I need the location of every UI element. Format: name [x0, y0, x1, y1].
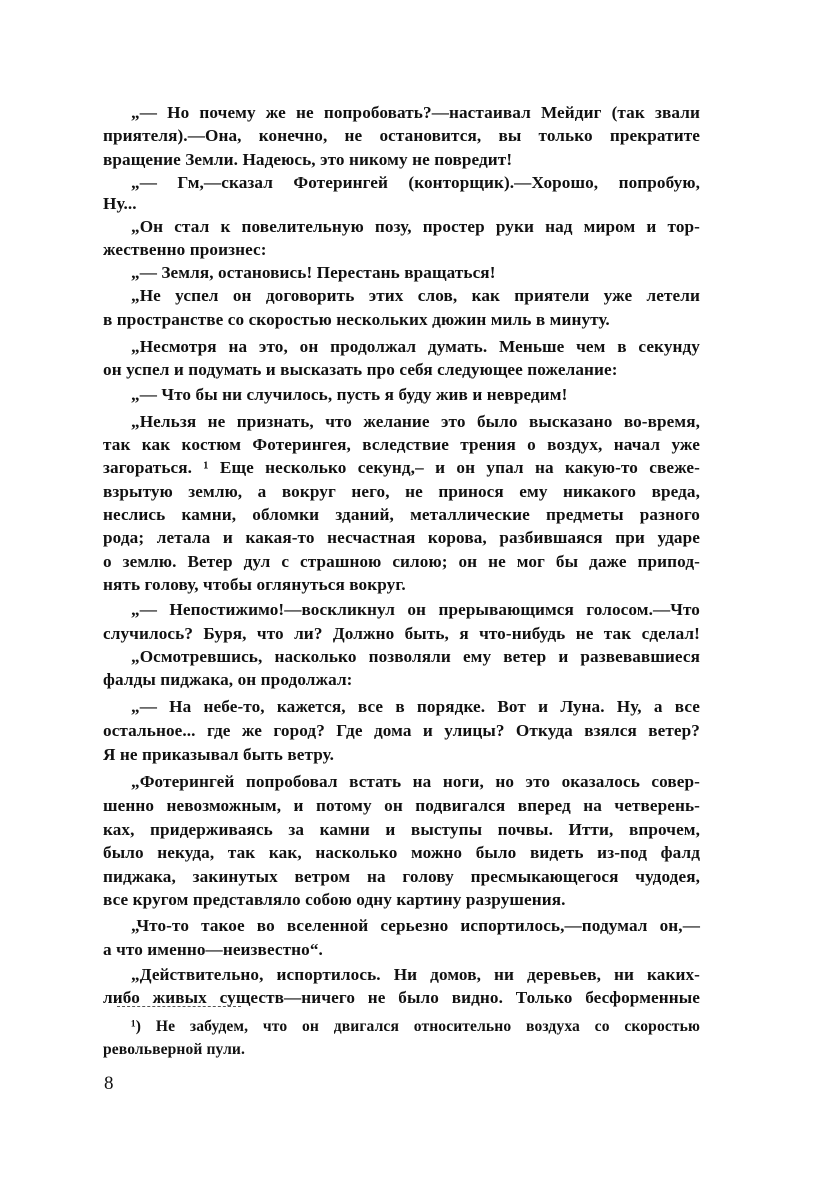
- text-line: ках, придерживаясь за камни и выступы по…: [103, 819, 700, 841]
- text-line: „— Что бы ни случилось, пусть я буду жив…: [131, 384, 700, 406]
- text-line: шенно невозможным, и потому он подвигалс…: [103, 795, 700, 817]
- text-line: жественно произнес:: [103, 239, 700, 261]
- footnote-divider: [117, 1006, 241, 1007]
- text-line: „Осмотревшись, насколько позволяли ему в…: [131, 646, 700, 668]
- book-page: „— Но почему же не попробовать?—настаива…: [0, 0, 840, 1191]
- text-line: взрытую землю, а вокруг него, не принося…: [103, 481, 700, 503]
- page-number: 8: [104, 1073, 114, 1095]
- text-line: „Он стал к повелительную позу, простер р…: [131, 216, 700, 238]
- text-line: „— Непостижимо!—воскликнул он прерывающи…: [131, 599, 700, 621]
- text-line: все кругом представляло собою одну карти…: [103, 889, 700, 911]
- text-line: случилось? Буря, что ли? Должно быть, я …: [103, 623, 700, 645]
- footnote-line: ¹) Не забудем, что он двигался относител…: [131, 1017, 700, 1037]
- text-line: нять голову, чтобы оглянуться вокруг.: [103, 574, 700, 596]
- text-line: „Действительно, испортилось. Ни домов, н…: [131, 964, 700, 986]
- text-line: рода; летала и какая-то несчастная коров…: [103, 527, 700, 549]
- text-line: „Что-то такое во вселенной серьезно испо…: [131, 915, 700, 937]
- text-line: Ну...: [103, 193, 700, 215]
- text-line: „— Но почему же не попробовать?—настаива…: [131, 102, 700, 124]
- text-line: в пространстве со скоростью нескольких д…: [103, 309, 700, 331]
- text-line: так как костюм Фотерингея, вследствие тр…: [103, 434, 700, 456]
- text-line: „Нельзя не признать, что желание это был…: [131, 411, 700, 433]
- footnote-line: револьверной пули.: [103, 1040, 700, 1060]
- text-line: „Фотерингей попробовал встать на ноги, н…: [131, 771, 700, 793]
- text-line: остальное... где же город? Где дома и ул…: [103, 720, 700, 742]
- text-line: было некуда, так как, насколько можно бы…: [103, 842, 700, 864]
- text-line: „— На небе-то, кажется, все в порядке. В…: [131, 696, 700, 718]
- text-line: а что именно—неизвестно“.: [103, 939, 700, 961]
- text-line: фалды пиджака, он продолжал:: [103, 669, 700, 691]
- text-line: вращение Земли. Надеюсь, это никому не п…: [103, 149, 700, 171]
- text-line: загораться. ¹ Еще несколько секунд,– и о…: [103, 457, 700, 479]
- text-line: „— Гм,—сказал Фотерингей (конторщик).—Хо…: [131, 172, 700, 194]
- text-line: пиджака, закинутых ветром на голову прес…: [103, 866, 700, 888]
- text-line: „Несмотря на это, он продолжал думать. М…: [131, 336, 700, 358]
- text-line: „— Земля, остановись! Перестань вращатьс…: [131, 262, 700, 284]
- text-line: он успел и подумать и высказать про себя…: [103, 359, 700, 381]
- text-line: приятеля).—Она, конечно, не остановится,…: [103, 125, 700, 147]
- text-line: о землю. Ветер дул с страшною силою; он …: [103, 551, 700, 573]
- text-line: неслись камни, обломки зданий, металличе…: [103, 504, 700, 526]
- text-line: Я не приказывал быть ветру.: [103, 744, 700, 766]
- text-line: „Не успел он договорить этих слов, как п…: [131, 285, 700, 307]
